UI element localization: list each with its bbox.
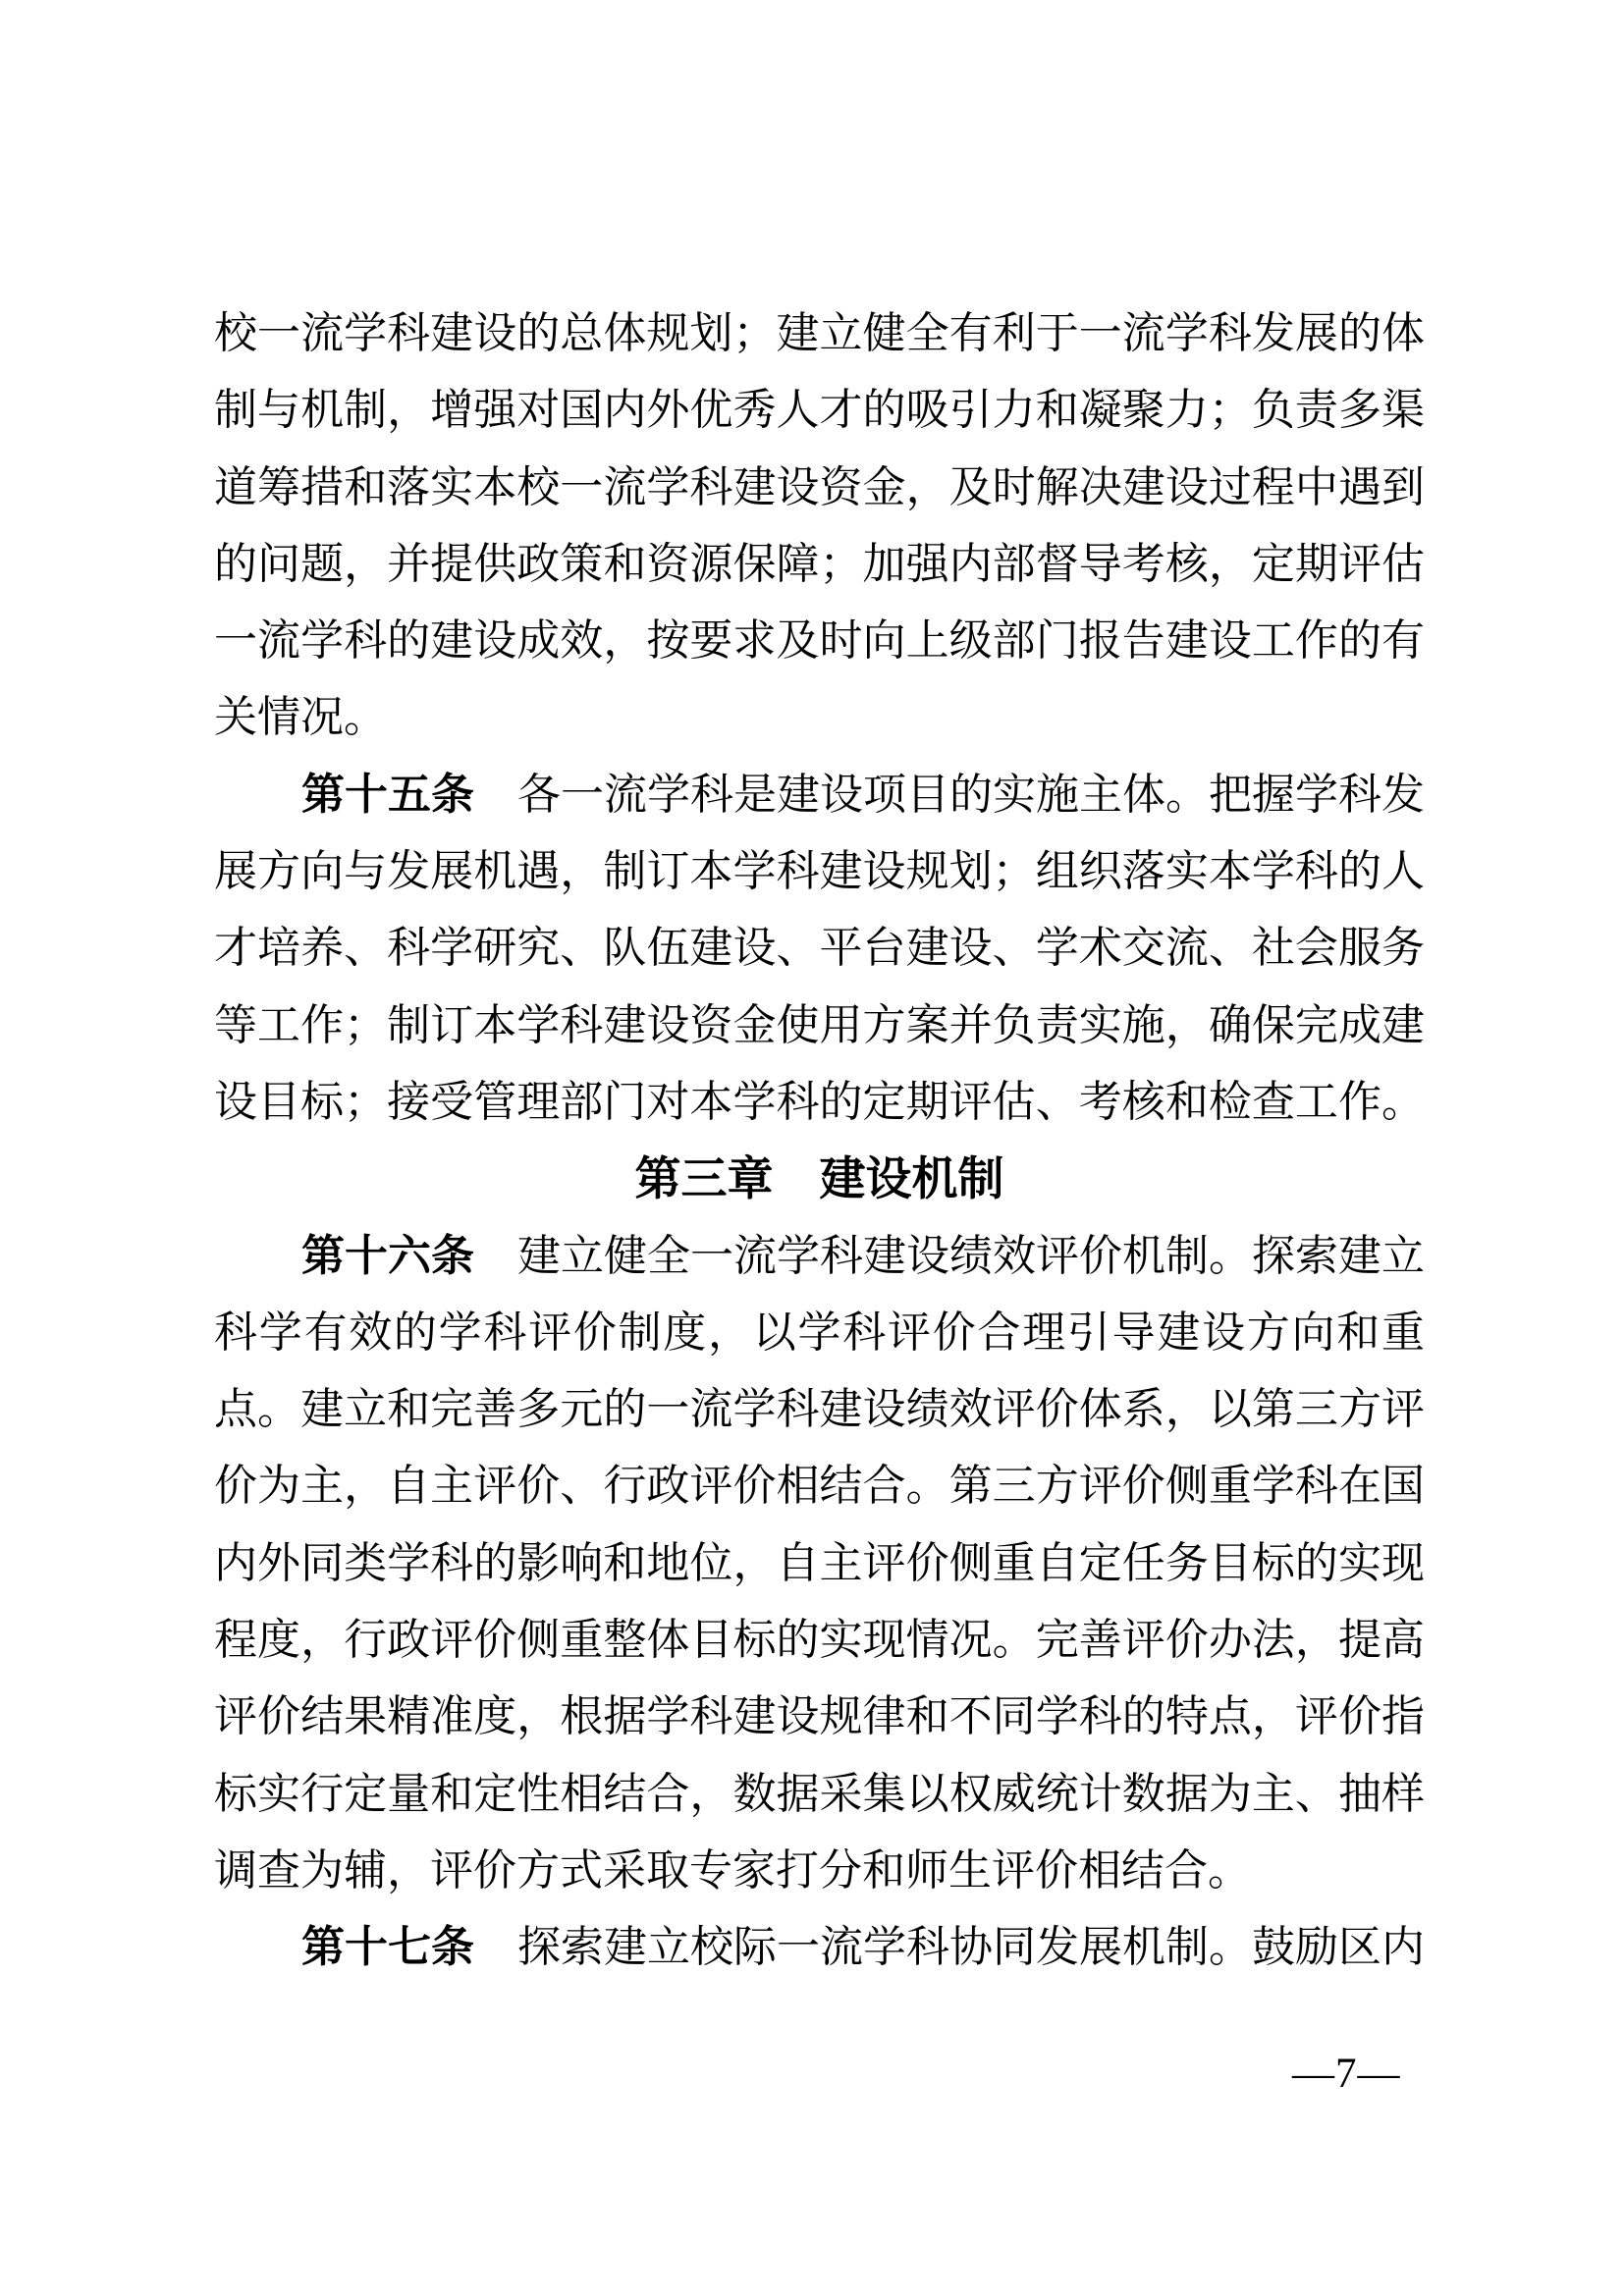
article-number: 第十五条 <box>301 771 474 819</box>
text-line: 才培养、科学研究、队伍建设、平台建设、学术交流、社会服务 <box>214 910 1425 987</box>
text-line: 等工作；制订本学科建设资金使用方案并负责实施，确保完成建 <box>214 988 1425 1064</box>
text-line: 内外同类学科的影响和地位，自主评价侧重自定任务目标的实现 <box>214 1525 1425 1602</box>
text-line: 评价结果精准度，根据学科建设规律和不同学科的特点，评价指 <box>214 1679 1425 1755</box>
text-line: 科学有效的学科评价制度，以学科评价合理引导建设方向和重 <box>214 1295 1425 1371</box>
text-line: 设目标；接受管理部门对本学科的定期评估、考核和检查工作。 <box>214 1064 1425 1141</box>
text-line: 制与机制，增强对国内外优秀人才的吸引力和凝聚力；负责多渠 <box>214 372 1425 449</box>
text-line: 一流学科的建设成效，按要求及时向上级部门报告建设工作的有 <box>214 603 1425 679</box>
page-number: —7— <box>1292 2050 1401 2099</box>
text-line: 道筹措和落实本校一流学科建设资金，及时解决建设过程中遇到 <box>214 450 1425 526</box>
text-line: 第十五条 各一流学科是建设项目的实施主体。把握学科发 <box>214 757 1425 833</box>
text-line: 程度，行政评价侧重整体目标的实现情况。完善评价办法，提高 <box>214 1602 1425 1679</box>
article-number: 第十六条 <box>301 1232 474 1280</box>
text-line: 标实行定量和定性相结合，数据采集以权威统计数据为主、抽样 <box>214 1756 1425 1833</box>
text-line: 第十七条 探索建立校际一流学科协同发展机制。鼓励区内 <box>214 1909 1425 1986</box>
text-line: 的问题，并提供政策和资源保障；加强内部督导考核，定期评估 <box>214 526 1425 603</box>
text-line: 展方向与发展机遇，制订本学科建设规划；组织落实本学科的人 <box>214 833 1425 910</box>
document-body: 校一流学科建设的总体规划；建立健全有利于一流学科发展的体制与机制，增强对国内外优… <box>214 295 1425 1987</box>
document-page: 校一流学科建设的总体规划；建立健全有利于一流学科发展的体制与机制，增强对国内外优… <box>0 0 1624 2296</box>
text-line: 第十六条 建立健全一流学科建设绩效评价机制。探索建立 <box>214 1218 1425 1295</box>
article-number: 第十七条 <box>301 1923 474 1971</box>
text-line: 调查为辅，评价方式采取专家打分和师生评价相结合。 <box>214 1833 1425 1909</box>
text-line: 校一流学科建设的总体规划；建立健全有利于一流学科发展的体 <box>214 295 1425 372</box>
text-line: 关情况。 <box>214 679 1425 756</box>
chapter-heading: 第三章 建设机制 <box>214 1141 1425 1217</box>
text-line: 价为主，自主评价、行政评价相结合。第三方评价侧重学科在国 <box>214 1448 1425 1524</box>
text-line: 点。建立和完善多元的一流学科建设绩效评价体系，以第三方评 <box>214 1371 1425 1448</box>
